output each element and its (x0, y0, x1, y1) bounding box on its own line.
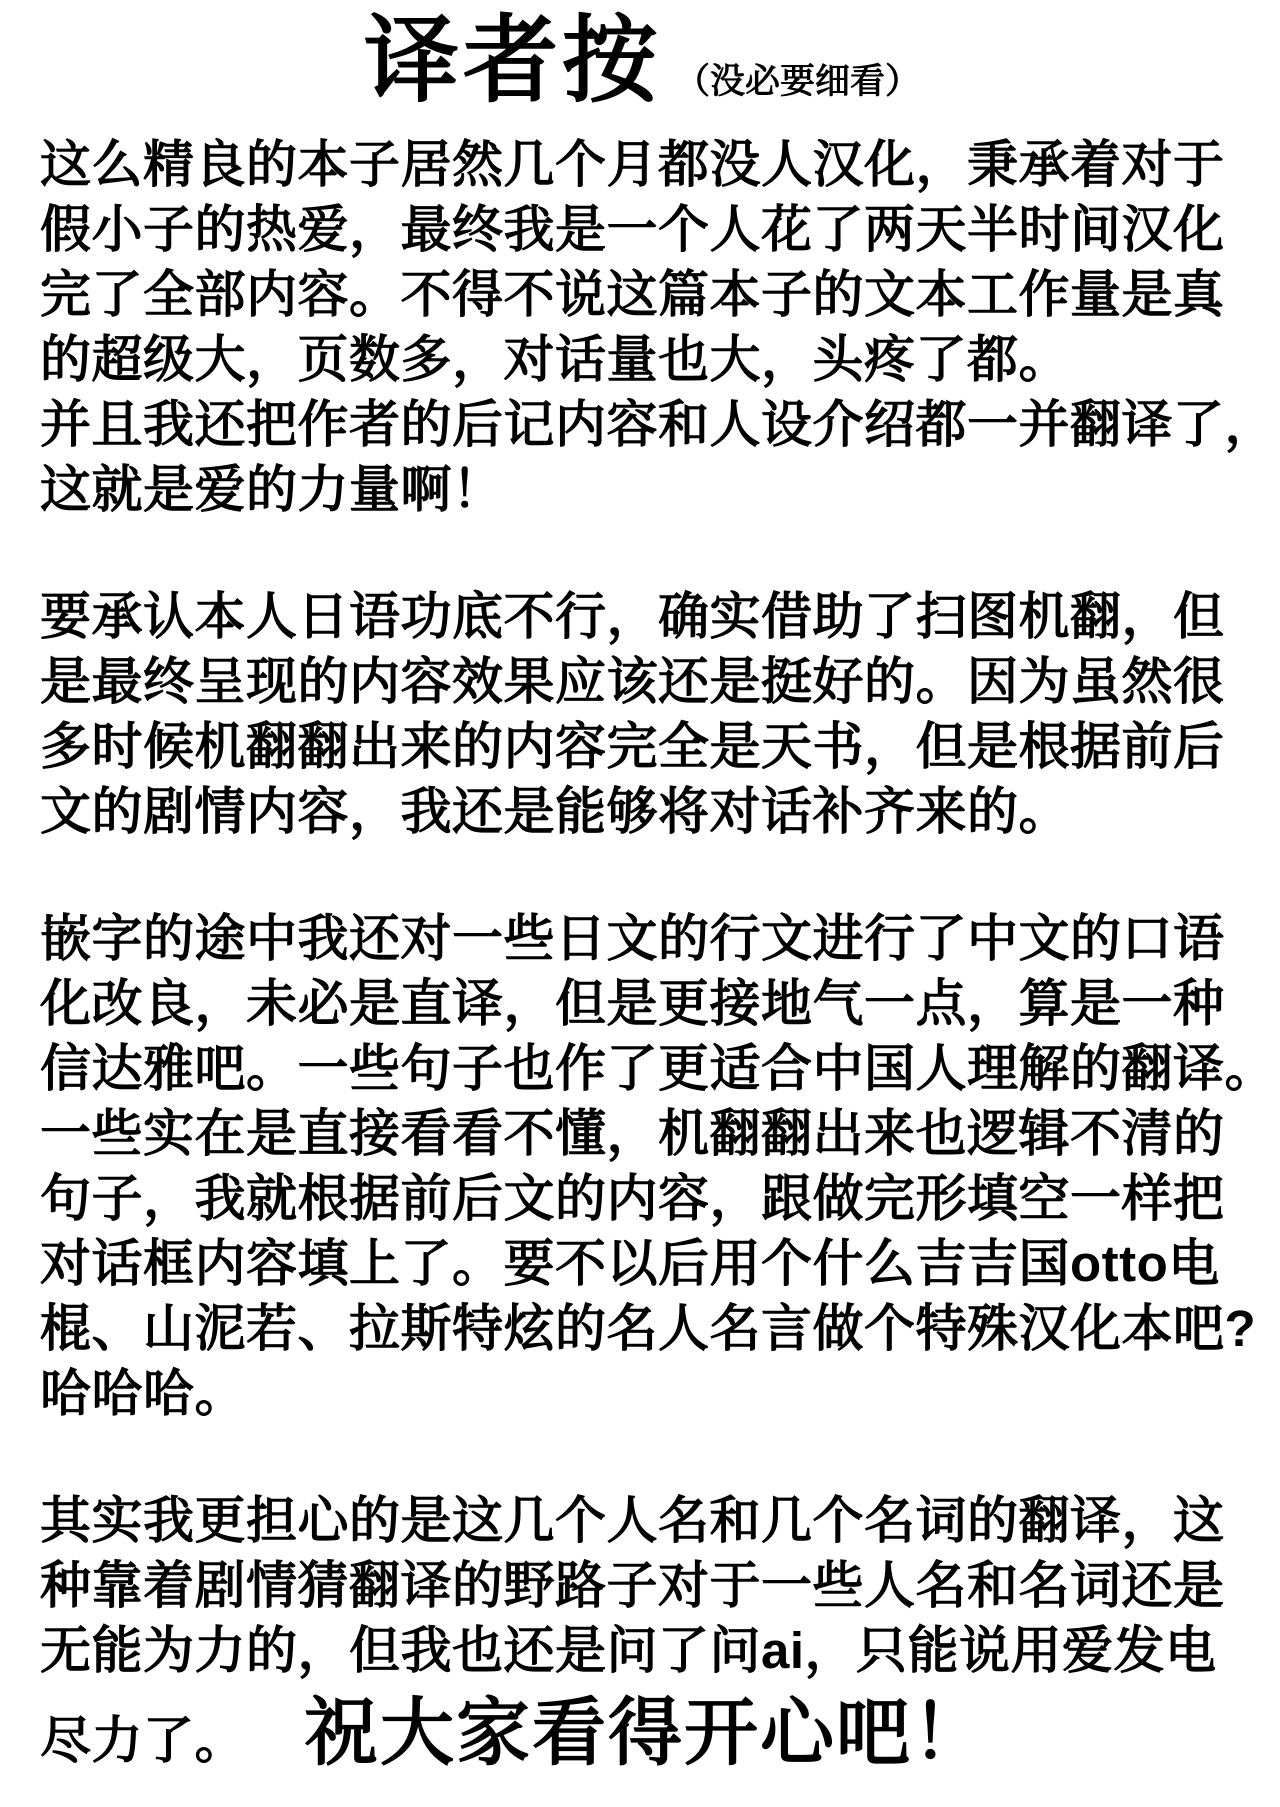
title-block: 译者按（没必要细看） (40, 6, 1244, 116)
page-title: 译者按 (364, 8, 661, 114)
paragraph-2: 要承认本人日语功底不行，确实借助了扫图机翻，但 是最终呈现的内容效果应该还是挺好… (40, 584, 1244, 844)
paragraph-1: 这么精良的本子居然几个月都没人汉化，秉承着对于 假小子的热爱，最终我是一个人花了… (40, 132, 1244, 522)
paragraph-3: 嵌字的途中我还对一些日文的行文进行了中文的口语 化改良，未必是直译，但是更接地气… (40, 906, 1244, 1426)
title-note: （没必要细看） (675, 62, 920, 101)
paragraph-4: 其实我更担心的是这几个人名和几个名词的翻译，这 种靠着剧情猜翻译的野路子对于一些… (40, 1488, 1244, 1683)
translator-note-page: 译者按（没必要细看） 这么精良的本子居然几个月都没人汉化，秉承着对于 假小子的热… (0, 0, 1280, 1807)
closing-line: 尽力了。 祝大家看得开心吧！ (40, 1687, 1244, 1779)
closing-highlight: 祝大家看得开心吧！ (304, 1687, 988, 1779)
closing-prefix: 尽力了。 (40, 1708, 246, 1773)
